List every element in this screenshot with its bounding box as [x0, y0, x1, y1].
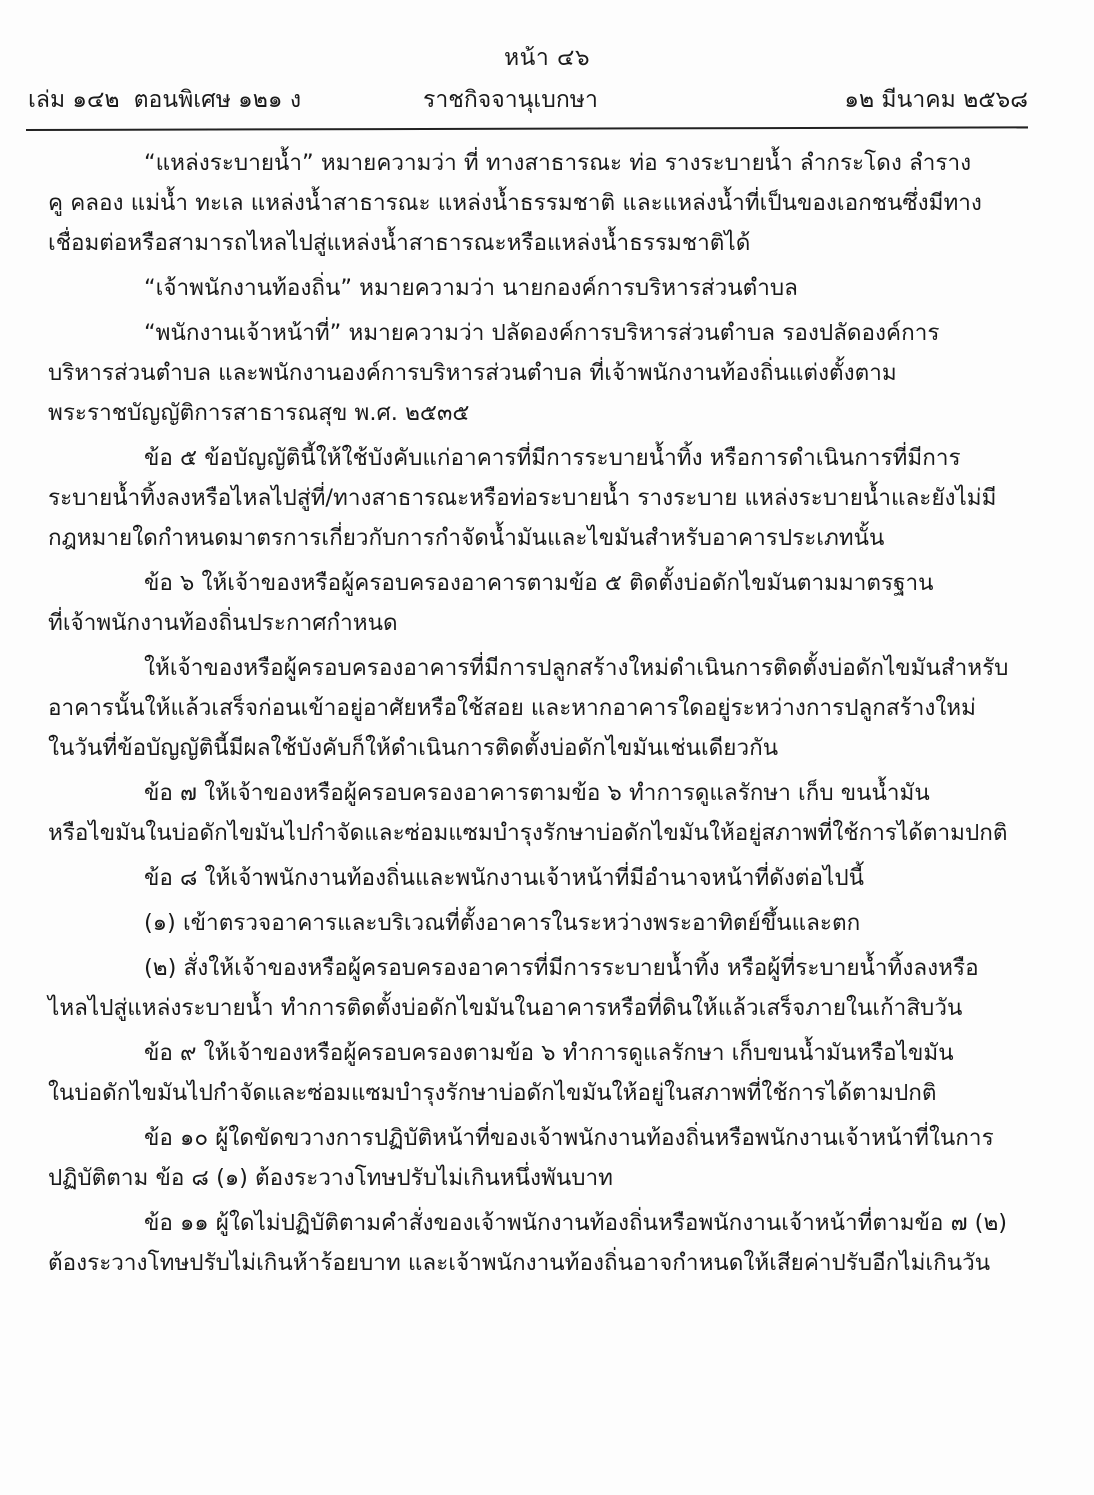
- text-line: “พนักงานเจ้าหน้าที่” หมายความว่า ปลัดองค…: [48, 313, 1010, 353]
- text-line: ปฏิบัติตาม ข้อ ๘ (๑) ต้องระวางโทษปรับไม่…: [48, 1158, 1010, 1198]
- clause-8: ข้อ ๘ ให้เจ้าพนักงานท้องถิ่นและพนักงานเจ…: [48, 858, 1010, 898]
- text-line: (๒) สั่งให้เจ้าของหรือผู้ครอบครองอาคารที…: [48, 948, 1010, 988]
- text-line: ข้อ ๑๐ ผู้ใดขัดขวางการปฏิบัติหน้าที่ของเ…: [48, 1118, 1010, 1158]
- text-line: อาคารนั้นให้แล้วเสร็จก่อนเข้าอยู่อาศัยหร…: [48, 688, 1010, 728]
- clause-6-paragraph-2: ให้เจ้าของหรือผู้ครอบครองอาคารที่มีการปล…: [48, 648, 1010, 768]
- clause-10: ข้อ ๑๐ ผู้ใดขัดขวางการปฏิบัติหน้าที่ของเ…: [48, 1118, 1010, 1198]
- clause-11: ข้อ ๑๑ ผู้ใดไม่ปฏิบัติตามคำสั่งของเจ้าพน…: [48, 1203, 1010, 1283]
- text-line: (๑) เข้าตรวจอาคารและบริเวณที่ตั้งอาคารใน…: [48, 903, 1010, 943]
- text-line: ให้เจ้าของหรือผู้ครอบครองอาคารที่มีการปล…: [48, 648, 1010, 688]
- publication-date: ๑๒ มีนาคม ๒๕๖๘: [844, 82, 1028, 118]
- text-line: ข้อ ๖ ให้เจ้าของหรือผู้ครอบครองอาคารตามข…: [48, 563, 1010, 603]
- page-number: หน้า ๔๖: [0, 40, 1094, 76]
- text-line: บริหารส่วนตำบล และพนักงานองค์การบริหารส่…: [48, 353, 1010, 393]
- text-line: ข้อ ๑๑ ผู้ใดไม่ปฏิบัติตามคำสั่งของเจ้าพน…: [48, 1203, 1010, 1243]
- clause-7: ข้อ ๗ ให้เจ้าของหรือผู้ครอบครองอาคารตามข…: [48, 773, 1010, 853]
- text-line: กฎหมายใดกำหนดมาตรการเกี่ยวกับการกำจัดน้ำ…: [48, 518, 1010, 558]
- text-line: คู คลอง แม่น้ำ ทะเล แหล่งน้ำสาธารณะ แหล่…: [48, 183, 1010, 223]
- text-line: ในวันที่ข้อบัญญัตินี้มีผลใช้บังคับก็ให้ด…: [48, 728, 1010, 768]
- definition-drainage-source: “แหล่งระบายน้ำ” หมายความว่า ที่ ทางสาธาร…: [48, 143, 1010, 263]
- text-line: “แหล่งระบายน้ำ” หมายความว่า ที่ ทางสาธาร…: [48, 143, 1010, 183]
- header-divider: [26, 126, 1028, 131]
- clause-5: ข้อ ๕ ข้อบัญญัตินี้ให้ใช้บังคับแก่อาคารท…: [48, 438, 1010, 558]
- text-line: ระบายน้ำทิ้งลงหรือไหลไปสู่ที่/ทางสาธารณะ…: [48, 478, 1010, 518]
- clause-8-item-1: (๑) เข้าตรวจอาคารและบริเวณที่ตั้งอาคารใน…: [48, 903, 1010, 943]
- issue-label: ตอนพิเศษ ๑๒๑ ง: [134, 87, 301, 113]
- volume-issue: เล่ม ๑๔๒ตอนพิเศษ ๑๒๑ ง: [28, 82, 301, 118]
- clause-6: ข้อ ๖ ให้เจ้าของหรือผู้ครอบครองอาคารตามข…: [48, 563, 1010, 643]
- gazette-header: เล่ม ๑๔๒ตอนพิเศษ ๑๒๑ ง ราชกิจจานุเบกษา ๑…: [28, 82, 1028, 116]
- definition-competent-official: “พนักงานเจ้าหน้าที่” หมายความว่า ปลัดองค…: [48, 313, 1010, 433]
- definition-local-official: “เจ้าพนักงานท้องถิ่น” หมายความว่า นายกอง…: [48, 268, 1010, 308]
- text-line: ไหลไปสู่แหล่งระบายน้ำ ทำการติดตั้งบ่อดัก…: [48, 988, 1010, 1028]
- text-line: ข้อ ๘ ให้เจ้าพนักงานท้องถิ่นและพนักงานเจ…: [48, 858, 1010, 898]
- text-line: ข้อ ๕ ข้อบัญญัตินี้ให้ใช้บังคับแก่อาคารท…: [48, 438, 1010, 478]
- text-line: ต้องระวางโทษปรับไม่เกินห้าร้อยบาท และเจ้…: [48, 1243, 1010, 1283]
- text-line: หรือไขมันในบ่อดักไขมันไปกำจัดและซ่อมแซมบ…: [48, 813, 1010, 853]
- text-line: ข้อ ๗ ให้เจ้าของหรือผู้ครอบครองอาคารตามข…: [48, 773, 1010, 813]
- text-line: ในบ่อดักไขมันไปกำจัดและซ่อมแซมบำรุงรักษา…: [48, 1073, 1010, 1113]
- text-line: เชื่อมต่อหรือสามารถไหลไปสู่แหล่งน้ำสาธาร…: [48, 223, 1010, 263]
- text-line: ที่เจ้าพนักงานท้องถิ่นประกาศกำหนด: [48, 603, 1010, 643]
- text-line: ข้อ ๙ ให้เจ้าของหรือผู้ครอบครองตามข้อ ๖ …: [48, 1033, 1010, 1073]
- document-body: “แหล่งระบายน้ำ” หมายความว่า ที่ ทางสาธาร…: [48, 143, 1010, 1288]
- publication-title: ราชกิจจานุเบกษา: [423, 82, 598, 118]
- volume-label: เล่ม ๑๔๒: [28, 87, 120, 113]
- gazette-page: หน้า ๔๖ เล่ม ๑๔๒ตอนพิเศษ ๑๒๑ ง ราชกิจจาน…: [0, 0, 1094, 1495]
- clause-9: ข้อ ๙ ให้เจ้าของหรือผู้ครอบครองตามข้อ ๖ …: [48, 1033, 1010, 1113]
- clause-8-item-2: (๒) สั่งให้เจ้าของหรือผู้ครอบครองอาคารที…: [48, 948, 1010, 1028]
- text-line: “เจ้าพนักงานท้องถิ่น” หมายความว่า นายกอง…: [48, 268, 1010, 308]
- text-line: พระราชบัญญัติการสาธารณสุข พ.ศ. ๒๕๓๕: [48, 393, 1010, 433]
